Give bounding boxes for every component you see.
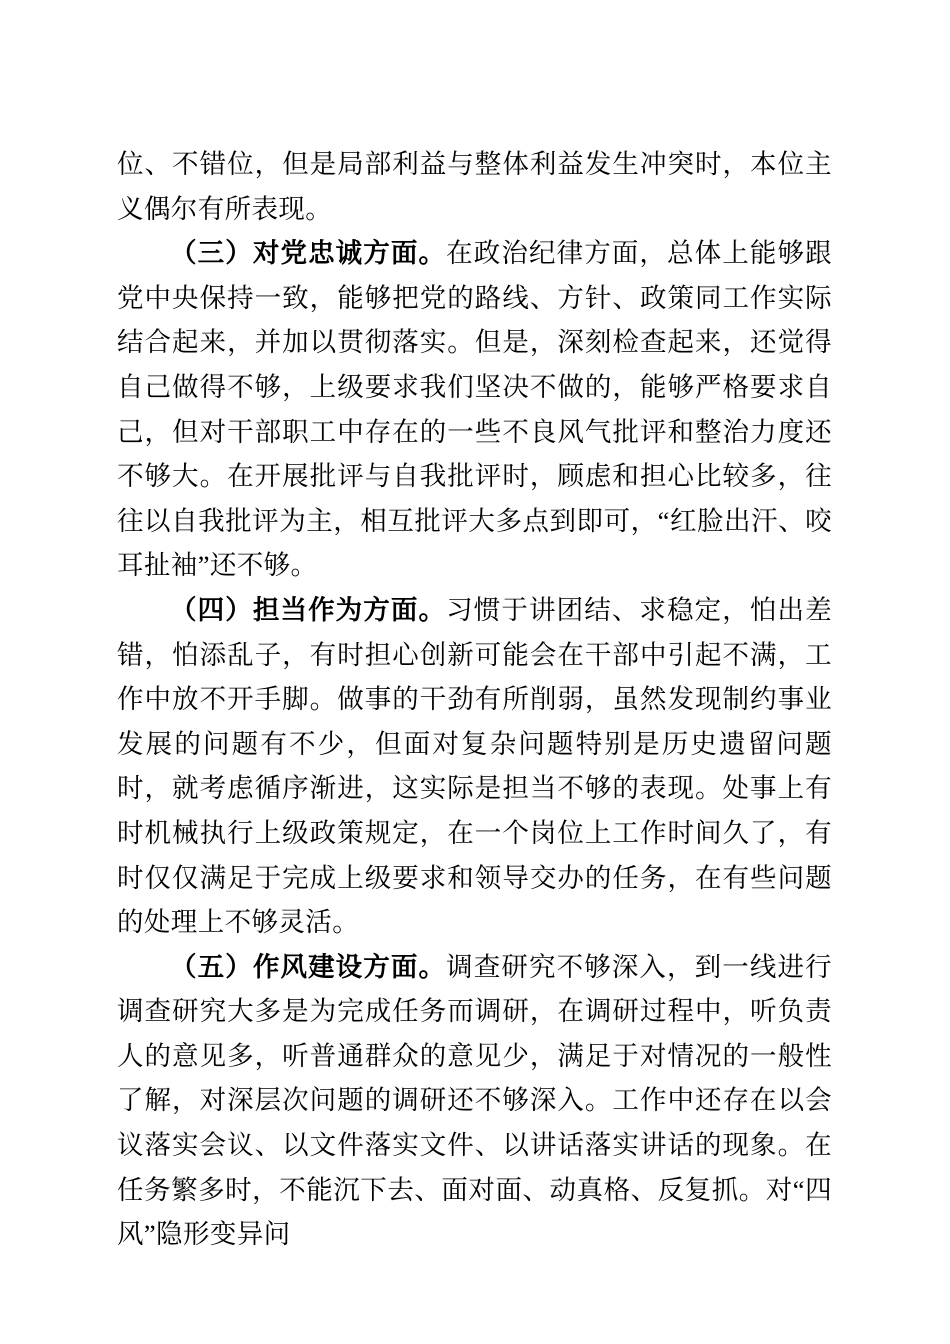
section-heading: （三）对党忠诚方面。 xyxy=(170,238,446,268)
section-heading: （四）担当作为方面。 xyxy=(170,595,446,625)
paragraph-body-text: 习惯于讲团结、求稳定，怕出差错，怕添乱子，有时担心创新可能会在干部中引起不满，工… xyxy=(117,595,832,937)
paragraph-section-3: （三）对党忠诚方面。在政治纪律方面，总体上能够跟党中央保持一致，能够把党的路线、… xyxy=(117,231,832,588)
section-heading: （五）作风建设方面。 xyxy=(170,952,446,982)
document-page: 位、不错位，但是局部利益与整体利益发生冲突时，本位主义偶尔有所表现。 （三）对党… xyxy=(0,0,950,1344)
paragraph-section-5: （五）作风建设方面。调查研究不够深入，到一线进行调查研究大多是为完成任务而调研，… xyxy=(117,945,832,1257)
paragraph-section-4: （四）担当作为方面。习惯于讲团结、求稳定，怕出差错，怕添乱子，有时担心创新可能会… xyxy=(117,588,832,945)
paragraph-body-text: 位、不错位，但是局部利益与整体利益发生冲突时，本位主义偶尔有所表现。 xyxy=(117,149,832,224)
paragraph-continuation: 位、不错位，但是局部利益与整体利益发生冲突时，本位主义偶尔有所表现。 xyxy=(117,142,832,231)
paragraph-body-text: 在政治纪律方面，总体上能够跟党中央保持一致，能够把党的路线、方针、政策同工作实际… xyxy=(117,238,832,580)
paragraph-body-text: 调查研究不够深入，到一线进行调查研究大多是为完成任务而调研，在调研过程中，听负责… xyxy=(117,952,832,1250)
